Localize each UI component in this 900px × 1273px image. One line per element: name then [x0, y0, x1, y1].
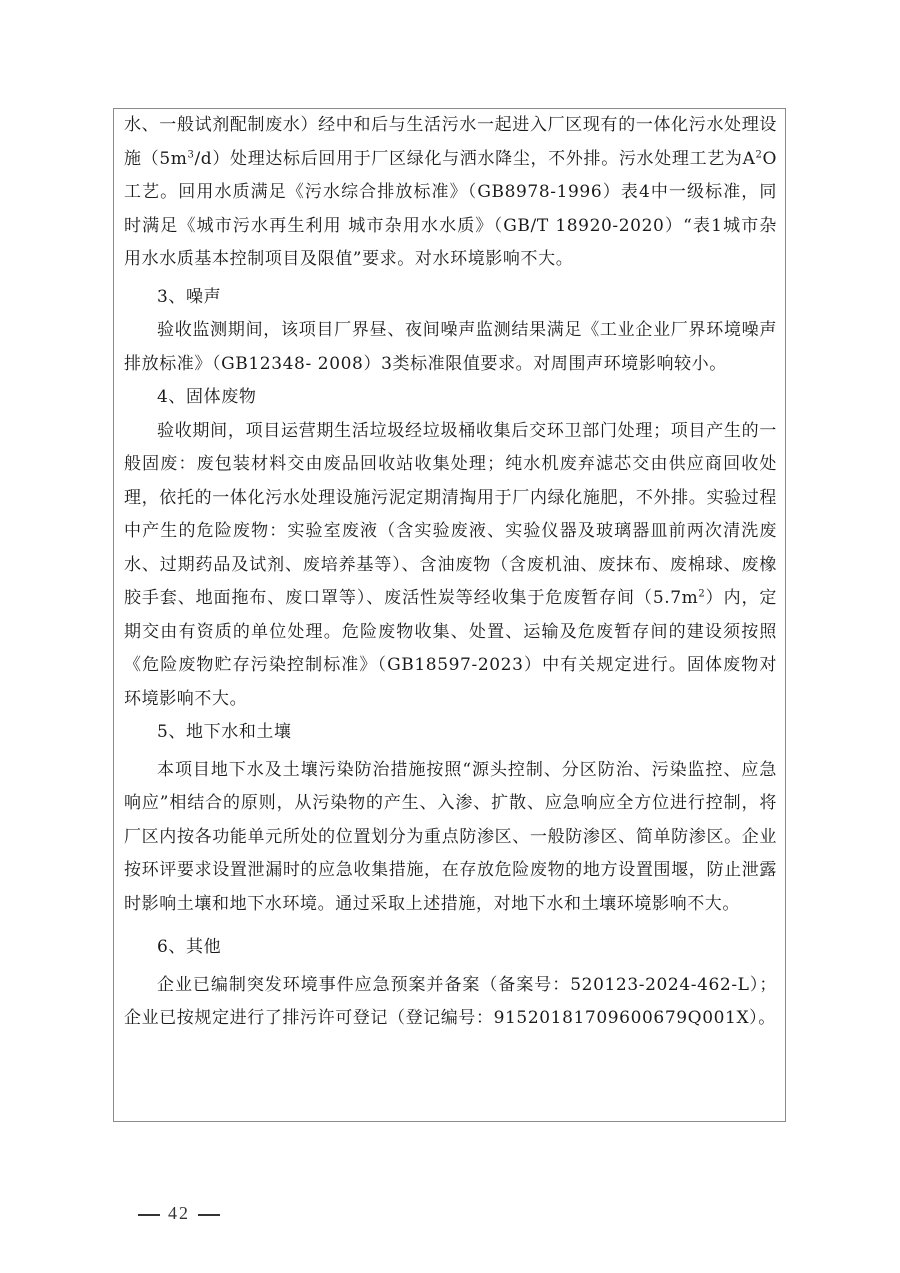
section-heading-noise: 3、噪声: [124, 281, 777, 315]
section-heading-solid-waste: 4、固体废物: [124, 381, 777, 415]
content-table-cell: 水、一般试剂配制废水）经中和后与生活污水一起进入厂区现有的一体化污水处理设施（5…: [113, 108, 786, 1122]
dash-left: [138, 1214, 160, 1216]
text-run: /d）处理达标后回用于厂区绿化与洒水降尘，不外排。污水处理工艺为A: [194, 149, 755, 169]
page-number: 42: [168, 1203, 190, 1223]
dash-right: [198, 1214, 220, 1216]
paragraph-water-continuation: 水、一般试剂配制废水）经中和后与生活污水一起进入厂区现有的一体化污水处理设施（5…: [124, 109, 777, 277]
paragraph-solid-waste: 验收期间，项目运营期生活垃圾经垃圾桶收集后交环卫部门处理；项目产生的一般固废：废…: [124, 415, 777, 717]
section-heading-groundwater-soil: 5、地下水和土壤: [124, 716, 777, 750]
text-run: 验收期间，项目运营期生活垃圾经垃圾桶收集后交环卫部门处理；项目产生的一般固废：废…: [124, 421, 777, 609]
page-number-footer: 42: [130, 1203, 228, 1224]
paragraph-noise: 验收监测期间，该项目厂界昼、夜间噪声监测结果满足《工业企业厂界环境噪声排放标准》…: [124, 314, 777, 381]
paragraph-other: 企业已编制突发环境事件应急预案并备案（备案号：520123-2024-462-L…: [124, 969, 777, 1036]
section-heading-other: 6、其他: [124, 931, 777, 965]
document-body: 水、一般试剂配制废水）经中和后与生活污水一起进入厂区现有的一体化污水处理设施（5…: [124, 109, 777, 1036]
paragraph-groundwater-soil: 本项目地下水及土壤污染防治措施按照“源头控制、分区防治、污染监控、应急响应”相结…: [124, 754, 777, 922]
